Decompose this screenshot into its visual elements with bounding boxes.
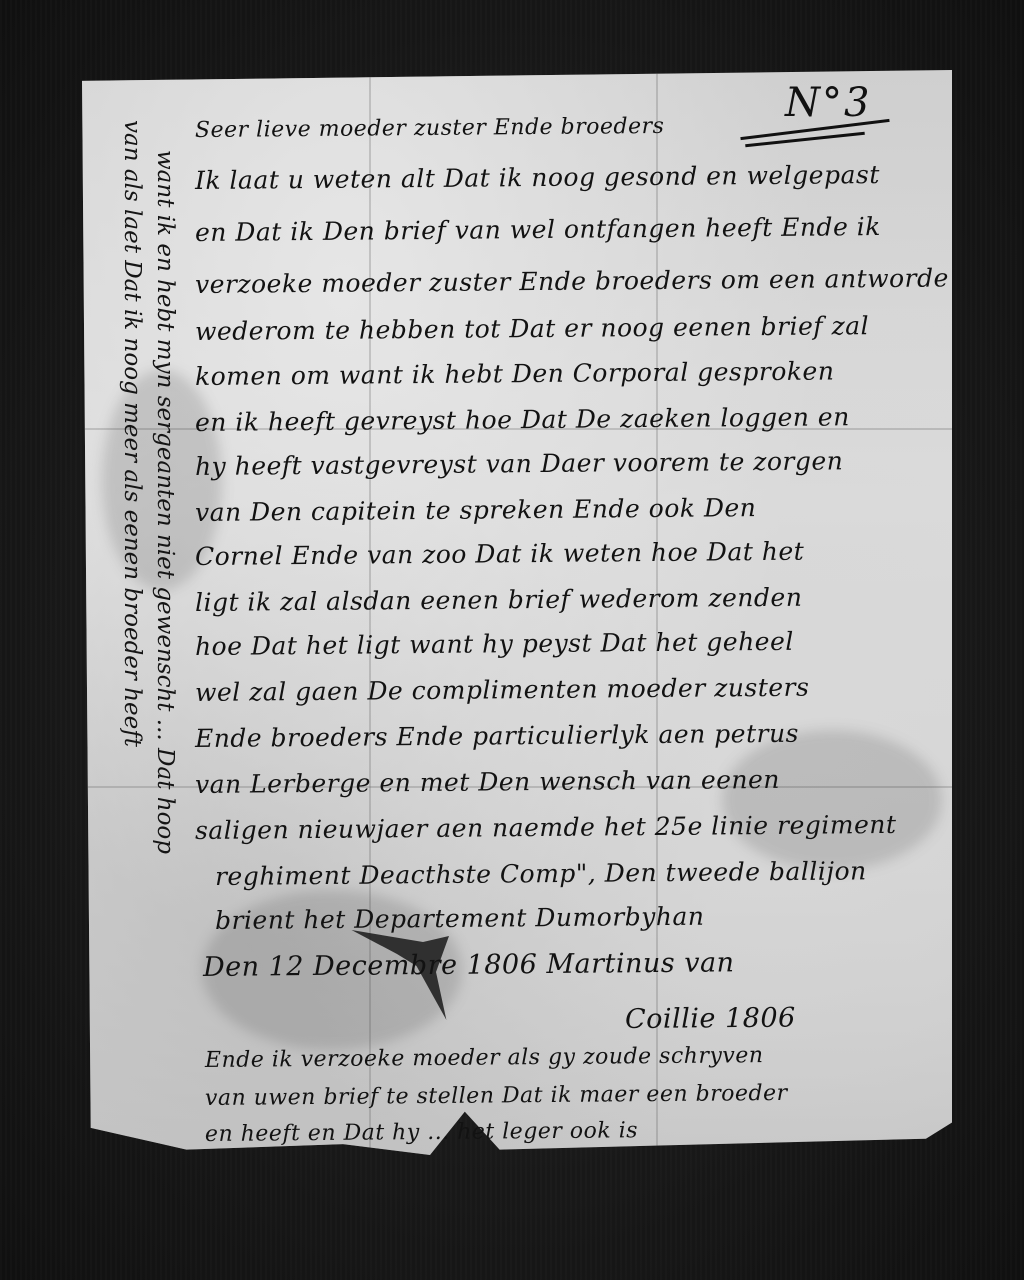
- letter-line: van Den capitein te spreken Ende ook Den: [195, 493, 757, 527]
- postscript-line: van uwen brief te stellen Dat ik maer ee…: [205, 1081, 788, 1111]
- letter-line: van Lerberge en met Den wensch van eenen: [195, 765, 780, 799]
- letter-line: Ende broeders Ende particulierlyk aen pe…: [195, 719, 799, 753]
- letter-line: Ik laat u weten alt Dat ik noog gesond e…: [195, 160, 880, 195]
- letter-line: reghiment Deacthste Comp", Den tweede ba…: [215, 856, 867, 891]
- water-stain: [722, 730, 942, 870]
- date-and-signature: Den 12 Decembre 1806 Martinus van: [203, 947, 735, 983]
- signature-surname: Coillie 1806: [625, 1003, 796, 1035]
- letter-line: ligt ik zal alsdan eenen brief wederom z…: [195, 583, 803, 617]
- margin-note-line-1: want ik en hebt myn sergeanten niet gewe…: [152, 150, 178, 854]
- letter-line: wederom te hebben tot Dat er noog eenen …: [195, 311, 869, 346]
- postscript-line: Ende ik verzoeke moeder als gy zoude sch…: [205, 1043, 764, 1073]
- letter-line: en Dat ik Den brief van wel ontfangen he…: [195, 212, 881, 247]
- letter-line: hy heeft vastgevreyst van Daer voorem te…: [195, 446, 844, 481]
- letter-line: Cornel Ende van zoo Dat ik weten hoe Dat…: [195, 537, 804, 571]
- letter-line: en ik heeft gevreyst hoe Dat De zaeken l…: [195, 402, 850, 437]
- letter-line: Seer lieve moeder zuster Ende broeders: [195, 114, 665, 143]
- postscript-line: en heeft en Dat hy ... het leger ook is: [205, 1118, 638, 1147]
- letter-line: brient het Departement Dumorbyhan: [215, 902, 705, 935]
- margin-note-line-2: van als laet Dat ik noog meer als eenen …: [119, 120, 145, 747]
- letter-line: saligen nieuwjaer aen naemde het 25e lin…: [195, 810, 897, 845]
- letter-line: hoe Dat het ligt want hy peyst Dat het g…: [195, 627, 794, 661]
- letter-line: komen om want ik hebt Den Corporal gespr…: [195, 356, 835, 391]
- letter-line: wel zal gaen De complimenten moeder zust…: [195, 673, 810, 707]
- document-number: N°3: [785, 80, 871, 126]
